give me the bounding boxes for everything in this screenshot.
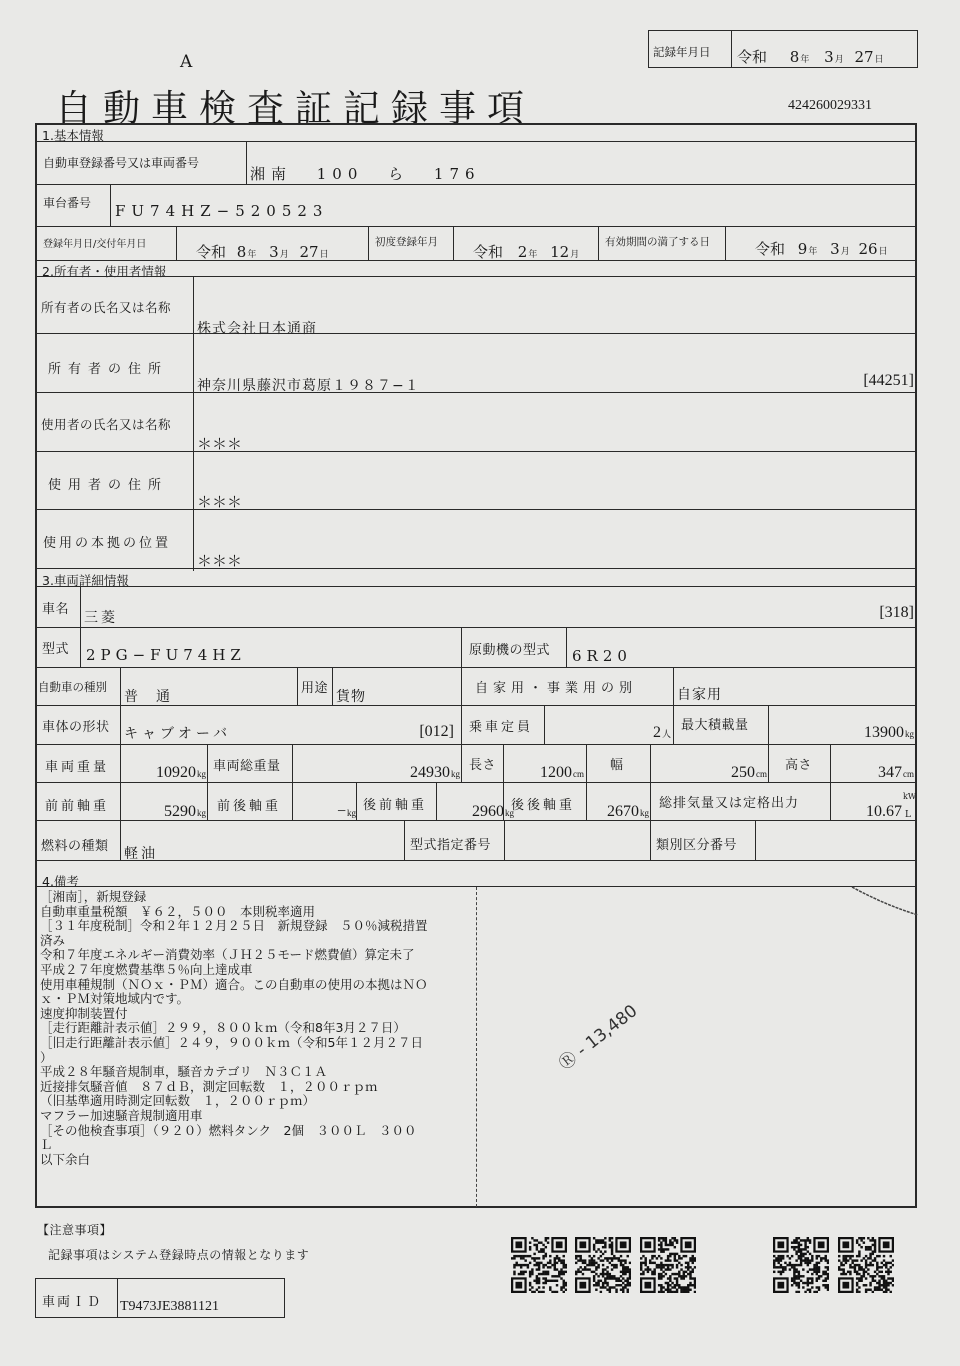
capacity: 2人 — [653, 724, 671, 742]
weight-label: 車両重量 — [45, 756, 109, 775]
use: 貨物 — [336, 686, 366, 706]
length-label: 長さ — [469, 754, 496, 773]
remark-line: 速度抑制装置付 — [40, 1007, 480, 1022]
qr-code-3 — [640, 1237, 696, 1293]
make-code: [318] — [879, 604, 914, 622]
height-label: 高さ — [785, 754, 812, 773]
displacement-label: 総排気量又は定格出力 — [659, 792, 799, 811]
body-label: 車体の形状 — [42, 716, 110, 735]
engine-label: 原動機の型式 — [469, 639, 550, 658]
model-label: 型式 — [42, 638, 69, 657]
vehicle-id: T9473JE3881121 — [120, 1299, 219, 1315]
user-address-label: 使用者の住所 — [48, 474, 168, 493]
gross-weight: 24930kg — [410, 764, 460, 782]
remark-line: 自動車重量税額 ￥６２，５００ 本則税率適用 — [40, 905, 480, 920]
owner-address-label: 所有者の住所 — [48, 358, 168, 377]
qr-code-1 — [511, 1237, 567, 1293]
width-label: 幅 — [610, 754, 624, 773]
make: 三菱 — [84, 607, 118, 627]
rf-axle: 2960kg — [472, 803, 514, 821]
remark-line: 使用車種規制（ＮＯｘ・ＰＭ）適合。この自動車の使用の本拠はＮＯ — [40, 978, 480, 993]
ff-axle-label: 前前軸重 — [45, 795, 109, 814]
use-label: 用途 — [301, 677, 328, 696]
record-date: 令和 8年 3月 27日 — [737, 46, 884, 67]
remarks-list: ［湘南］，新規登録自動車重量税額 ￥６２，５００ 本則税率適用［３１年度税制］令… — [40, 890, 480, 1167]
expiry-date: 令和 9年 3月 26日 — [755, 238, 888, 259]
displacement-unit-kw: kW — [903, 792, 916, 801]
remark-line: ［湘南］，新規登録 — [40, 890, 480, 905]
notes-heading: 【注意事項】 — [37, 1221, 112, 1238]
rf-axle-label: 後前軸重 — [363, 794, 427, 813]
remark-line: 済み — [40, 934, 480, 949]
remark-line: 以下余白 — [40, 1153, 480, 1168]
private-business: 自家用 — [677, 684, 722, 704]
fr-axle-label: 前後軸重 — [217, 795, 281, 814]
remark-line: ［その他検査事項］（９２０）燃料タンク 2個 ３００Ｌ ３００ — [40, 1124, 480, 1139]
notes-text: 記録事項はシステム登録時点の情報となります — [48, 1246, 309, 1263]
remark-line: Ｌ — [40, 1138, 480, 1153]
class-number-label: 類別区分番号 — [656, 834, 737, 853]
vehicle-weight: 10920kg — [156, 764, 206, 782]
remark-line: （旧基準適用時測定回転数 １，２００ｒｐｍ） — [40, 1094, 480, 1109]
remark-line: ［旧走行距離計表示値］２４９，９００ｋｍ（令和5年１２月２７日 — [40, 1036, 480, 1051]
qr-code-4 — [773, 1237, 829, 1293]
document-number: 424260029331 — [788, 98, 872, 114]
body-code: [012] — [419, 723, 454, 741]
first-reg-label: 初度登録年月 — [375, 234, 438, 249]
category: 普 通 — [124, 686, 172, 706]
reg-number-label: 自動車登録番号又は車両番号 — [43, 154, 199, 171]
chassis-number: FU74HZ−520523 — [115, 202, 328, 220]
owner-name-label: 所有者の氏名又は名称 — [41, 298, 171, 316]
make-label: 車名 — [42, 598, 69, 617]
model: 2PG−FU74HZ — [86, 646, 246, 664]
height: 347cm — [878, 764, 914, 782]
gross-weight-label: 車両総重量 — [213, 755, 281, 774]
capacity-label: 乗車定員 — [469, 716, 533, 735]
remark-line: ｘ・ＰＭ対策地域内です。 — [40, 992, 480, 1007]
reg-number: 湘南 100 ら 176 — [250, 163, 481, 184]
displacement-unit-l: L — [905, 810, 911, 820]
first-reg-date: 令和 2年 12月 — [473, 241, 579, 262]
qr-code-2 — [575, 1237, 631, 1293]
remark-line: 平成２８年騒音規制車，騒音カテゴリ Ｎ３Ｃ１Ａ — [40, 1065, 480, 1080]
remark-line: ［３１年度税制］令和２年１２月２５日 新規登録 ５０％減税措置 — [40, 919, 480, 934]
category-label: 自動車の種別 — [38, 679, 107, 695]
max-load: 13900kg — [864, 724, 914, 742]
reg-date-label: 登録年月日/交付年月日 — [43, 235, 146, 250]
remark-line: 近接排気騒音値 ８７ｄＢ，測定回転数 １，２００ｒｐｍ — [40, 1080, 480, 1095]
record-date-label: 記録年月日 — [653, 44, 711, 60]
section2-heading: 2.所有者・使用者情報 — [42, 262, 166, 280]
displacement: 10.67 — [866, 803, 902, 821]
ff-axle: 5290kg — [164, 803, 206, 821]
engine: 6R20 — [572, 647, 632, 665]
user-name-label: 使用者の氏名又は名称 — [41, 415, 171, 433]
remark-line: ［走行距離計表示値］２９９，８００ｋｍ（令和8年3月２７日） — [40, 1021, 480, 1036]
max-load-label: 最大積載量 — [681, 714, 749, 733]
vehicle-id-label: 車両ＩＤ — [42, 1291, 102, 1310]
body-shape: キャブオーバ — [124, 723, 231, 743]
remark-line: 令和７年度エネルギー消費効率（ＪＨ２５モード燃費値）算定未了 — [40, 948, 480, 963]
base-location-label: 使用の本拠の位置 — [43, 532, 171, 551]
type-designation-label: 型式指定番号 — [410, 834, 491, 853]
reg-date: 令和 8年 3月 27日 — [196, 241, 329, 262]
qr-code-5 — [838, 1237, 894, 1293]
rr-axle: 2670kg — [607, 803, 649, 821]
remark-line: マフラー加速騒音規制適用車 — [40, 1109, 480, 1124]
width: 250cm — [731, 764, 767, 782]
owner-name: 株式会社日本通商 — [197, 318, 317, 338]
private-business-label: 自家用・事業用の別 — [475, 677, 637, 696]
length: 1200cm — [540, 764, 584, 782]
owner-address-code: [44251] — [863, 372, 914, 390]
fuel-label: 燃料の種類 — [41, 835, 109, 854]
expiry-label: 有効期間の満了する日 — [605, 234, 710, 249]
form-letter: A — [180, 52, 192, 72]
remark-line: 平成２７年度燃費基準５％向上達成車 — [40, 963, 480, 978]
fr-axle: −kg — [337, 803, 356, 821]
pen-stroke-mark — [850, 885, 920, 925]
rr-axle-label: 後後軸重 — [511, 794, 575, 813]
section4-heading: 4.備考 — [42, 872, 79, 890]
chassis-label: 車台番号 — [43, 194, 91, 211]
remark-line: ） — [40, 1051, 480, 1066]
